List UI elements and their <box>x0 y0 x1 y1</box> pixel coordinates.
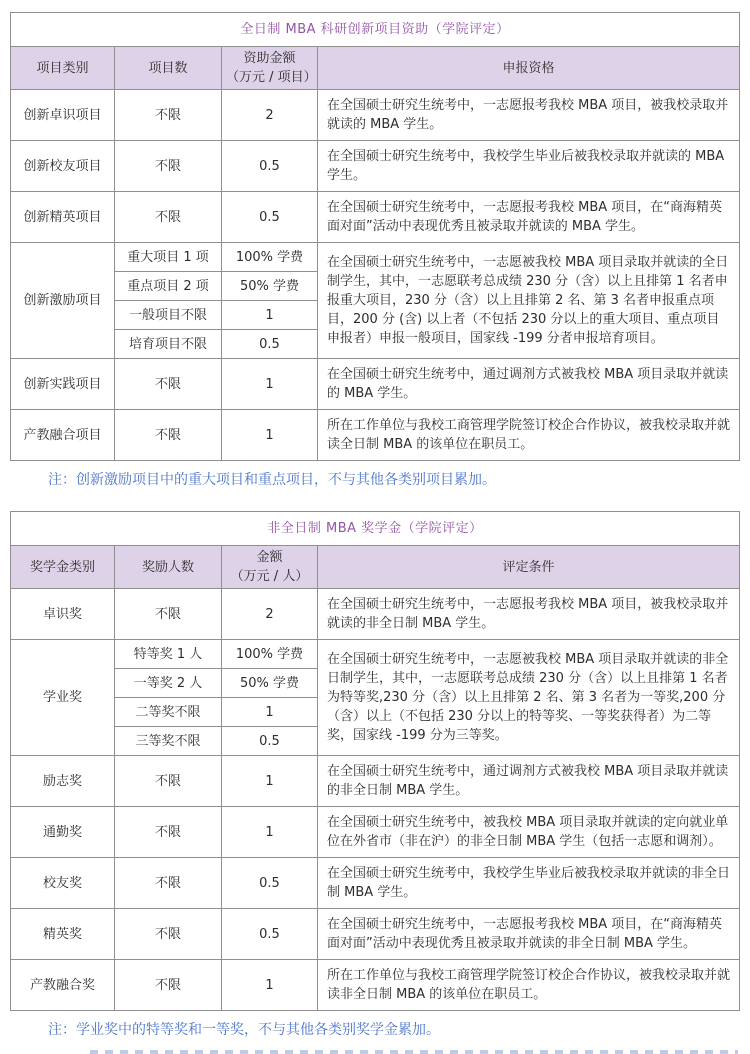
category-cell: 校友奖 <box>11 858 115 909</box>
column-header-amount: 金额 （万元 / 人） <box>222 546 318 589</box>
parttime-mba-scholarship-table: 非全日制 MBA 奖学金（学院评定） 奖学金类别 奖励人数 金额 （万元 / 人… <box>10 511 740 1011</box>
column-header-category: 奖学金类别 <box>11 546 115 589</box>
amount-cell: 2 <box>222 589 318 640</box>
amount-cell: 2 <box>222 90 318 141</box>
count-cell: 不限 <box>115 192 222 243</box>
table-row: 创新校友项目 不限 0.5 在全国硕士研究生统考中，我校学生毕业后被我校录取并就… <box>11 141 740 192</box>
page: 全日制 MBA 科研创新项目资助（学院评定） 项目类别 项目数 资助金额 （万元… <box>0 0 750 1054</box>
table-row: 创新精英项目 不限 0.5 在全国硕士研究生统考中，一志愿报考我校 MBA 项目… <box>11 192 740 243</box>
table-row: 产教融合奖 不限 1 所在工作单位与我校工商管理学院签订校企合作协议，被我校录取… <box>11 960 740 1011</box>
criteria-cell: 在全国硕士研究生统考中，被我校 MBA 项目录取并就读的定向就业单位在外省市（非… <box>318 807 740 858</box>
table1-footnote: 注：创新激励项目中的重大项目和重点项目，不与其他各类别项目累加。 <box>48 470 740 490</box>
amount-header-line1: 资助金额 <box>226 49 313 68</box>
criteria-cell: 在全国硕士研究生统考中，一志愿报考我校 MBA 项目，在“商海精英面对面”活动中… <box>318 909 740 960</box>
count-cell: 重大项目 1 项 <box>115 243 222 272</box>
criteria-cell: 在全国硕士研究生统考中，我校学生毕业后被我校录取并就读的非全日制 MBA 学生。 <box>318 858 740 909</box>
amount-cell: 0.5 <box>222 330 318 359</box>
clipped-next-line-top <box>90 1050 738 1054</box>
qualification-cell: 在全国硕士研究生统考中，一志愿报考我校 MBA 项目，在“商海精英面对面”活动中… <box>318 192 740 243</box>
category-cell: 产教融合项目 <box>11 410 115 461</box>
count-cell: 三等奖不限 <box>115 727 222 756</box>
column-header-criteria: 评定条件 <box>318 546 740 589</box>
category-cell: 卓识奖 <box>11 589 115 640</box>
table-title-row: 全日制 MBA 科研创新项目资助（学院评定） <box>11 13 740 47</box>
table2-footnote: 注：学业奖中的特等奖和一等奖，不与其他各类别奖学金累加。 <box>48 1020 740 1040</box>
table-title-row: 非全日制 MBA 奖学金（学院评定） <box>11 512 740 546</box>
count-cell: 不限 <box>115 807 222 858</box>
column-header-count: 项目数 <box>115 47 222 90</box>
amount-cell: 1 <box>222 756 318 807</box>
table-row: 励志奖 不限 1 在全国硕士研究生统考中，通过调剂方式被我校 MBA 项目录取并… <box>11 756 740 807</box>
category-cell: 产教融合奖 <box>11 960 115 1011</box>
table-row-merged: 创新激励项目 重大项目 1 项 100% 学费 在全国硕士研究生统考中，一志愿被… <box>11 243 740 272</box>
qualification-cell: 所在工作单位与我校工商管理学院签订校企合作协议，被我校录取并就读全日制 MBA … <box>318 410 740 461</box>
qualification-cell: 在全国硕士研究生统考中，一志愿被我校 MBA 项目录取并就读的全日制学生，其中，… <box>318 243 740 359</box>
qualification-cell: 在全国硕士研究生统考中，一志愿报考我校 MBA 项目，被我校录取并就读的 MBA… <box>318 90 740 141</box>
criteria-cell: 所在工作单位与我校工商管理学院签订校企合作协议，被我校录取并就读非全日制 MBA… <box>318 960 740 1011</box>
amount-cell: 1 <box>222 807 318 858</box>
amount-cell: 0.5 <box>222 727 318 756</box>
table-row-merged: 学业奖 特等奖 1 人 100% 学费 在全国硕士研究生统考中，一志愿被我校 M… <box>11 640 740 669</box>
table-header-row: 项目类别 项目数 资助金额 （万元 / 项目） 申报资格 <box>11 47 740 90</box>
count-cell: 二等奖不限 <box>115 698 222 727</box>
count-cell: 一般项目不限 <box>115 301 222 330</box>
category-cell: 学业奖 <box>11 640 115 756</box>
fulltime-mba-funding-table: 全日制 MBA 科研创新项目资助（学院评定） 项目类别 项目数 资助金额 （万元… <box>10 12 740 461</box>
count-cell: 不限 <box>115 90 222 141</box>
category-cell: 创新卓识项目 <box>11 90 115 141</box>
table-row: 卓识奖 不限 2 在全国硕士研究生统考中，一志愿报考我校 MBA 项目，被我校录… <box>11 589 740 640</box>
category-cell: 励志奖 <box>11 756 115 807</box>
count-cell: 不限 <box>115 359 222 410</box>
count-cell: 不限 <box>115 756 222 807</box>
amount-header-line2: （万元 / 项目） <box>226 68 313 87</box>
amount-cell: 1 <box>222 698 318 727</box>
amount-cell: 100% 学费 <box>222 243 318 272</box>
amount-header-line1: 金额 <box>226 548 313 567</box>
count-cell: 重点项目 2 项 <box>115 272 222 301</box>
criteria-cell: 在全国硕士研究生统考中，一志愿被我校 MBA 项目录取并就读的非全日制学生，其中… <box>318 640 740 756</box>
amount-cell: 50% 学费 <box>222 272 318 301</box>
table1-title: 全日制 MBA 科研创新项目资助（学院评定） <box>11 13 740 47</box>
amount-header-line2: （万元 / 人） <box>226 567 313 586</box>
amount-cell: 50% 学费 <box>222 669 318 698</box>
count-cell: 不限 <box>115 141 222 192</box>
column-header-category: 项目类别 <box>11 47 115 90</box>
column-header-count: 奖励人数 <box>115 546 222 589</box>
table-row: 产教融合项目 不限 1 所在工作单位与我校工商管理学院签订校企合作协议，被我校录… <box>11 410 740 461</box>
table-row: 通勤奖 不限 1 在全国硕士研究生统考中，被我校 MBA 项目录取并就读的定向就… <box>11 807 740 858</box>
table-header-row: 奖学金类别 奖励人数 金额 （万元 / 人） 评定条件 <box>11 546 740 589</box>
amount-cell: 1 <box>222 960 318 1011</box>
amount-cell: 1 <box>222 301 318 330</box>
table-row: 校友奖 不限 0.5 在全国硕士研究生统考中，我校学生毕业后被我校录取并就读的非… <box>11 858 740 909</box>
table-row: 创新实践项目 不限 1 在全国硕士研究生统考中，通过调剂方式被我校 MBA 项目… <box>11 359 740 410</box>
amount-cell: 0.5 <box>222 909 318 960</box>
count-cell: 不限 <box>115 960 222 1011</box>
amount-cell: 1 <box>222 359 318 410</box>
category-cell: 创新激励项目 <box>11 243 115 359</box>
criteria-cell: 在全国硕士研究生统考中，通过调剂方式被我校 MBA 项目录取并就读的非全日制 M… <box>318 756 740 807</box>
category-cell: 创新精英项目 <box>11 192 115 243</box>
count-cell: 一等奖 2 人 <box>115 669 222 698</box>
table-row: 创新卓识项目 不限 2 在全国硕士研究生统考中，一志愿报考我校 MBA 项目，被… <box>11 90 740 141</box>
count-cell: 培育项目不限 <box>115 330 222 359</box>
qualification-cell: 在全国硕士研究生统考中，我校学生毕业后被我校录取并就读的 MBA 学生。 <box>318 141 740 192</box>
count-cell: 特等奖 1 人 <box>115 640 222 669</box>
category-cell: 创新校友项目 <box>11 141 115 192</box>
column-header-qualification: 申报资格 <box>318 47 740 90</box>
category-cell: 通勤奖 <box>11 807 115 858</box>
amount-cell: 1 <box>222 410 318 461</box>
table2-title: 非全日制 MBA 奖学金（学院评定） <box>11 512 740 546</box>
amount-cell: 0.5 <box>222 141 318 192</box>
amount-cell: 0.5 <box>222 858 318 909</box>
category-cell: 精英奖 <box>11 909 115 960</box>
column-header-amount: 资助金额 （万元 / 项目） <box>222 47 318 90</box>
qualification-cell: 在全国硕士研究生统考中，通过调剂方式被我校 MBA 项目录取并就读的 MBA 学… <box>318 359 740 410</box>
amount-cell: 0.5 <box>222 192 318 243</box>
criteria-cell: 在全国硕士研究生统考中，一志愿报考我校 MBA 项目，被我校录取并就读的非全日制… <box>318 589 740 640</box>
count-cell: 不限 <box>115 909 222 960</box>
amount-cell: 100% 学费 <box>222 640 318 669</box>
count-cell: 不限 <box>115 589 222 640</box>
count-cell: 不限 <box>115 410 222 461</box>
tables-gap <box>10 490 740 511</box>
count-cell: 不限 <box>115 858 222 909</box>
table-row: 精英奖 不限 0.5 在全国硕士研究生统考中，一志愿报考我校 MBA 项目，在“… <box>11 909 740 960</box>
category-cell: 创新实践项目 <box>11 359 115 410</box>
